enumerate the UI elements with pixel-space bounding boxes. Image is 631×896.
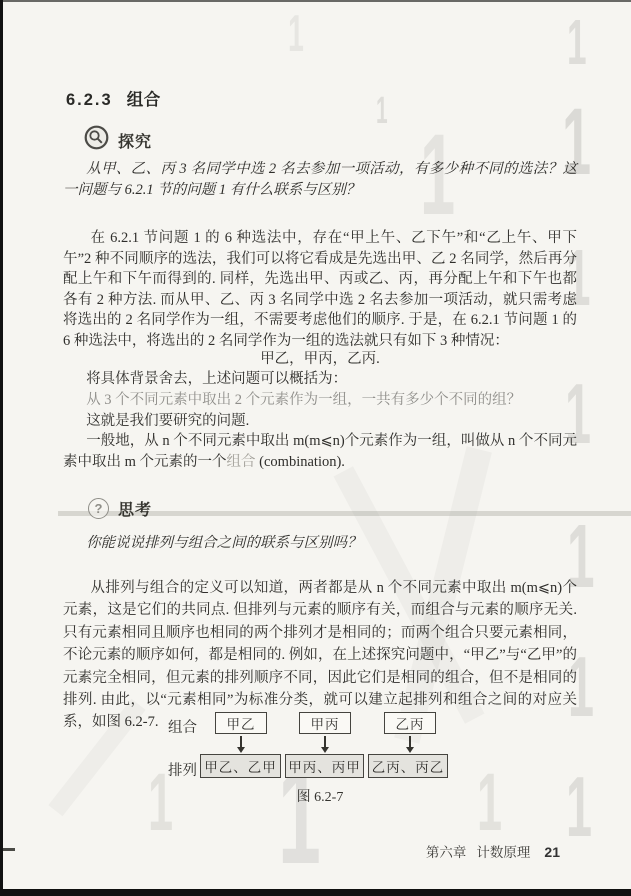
definition-suffix: (combination). [256, 454, 345, 470]
body-paragraph-1: 在 6.2.1 节问题 1 的 6 种选法中，存在“甲上午、乙下午”和“乙上午、… [63, 228, 577, 351]
watermark-digit: 1 [376, 92, 388, 130]
explore-magnifier-icon [84, 125, 109, 155]
combination-box: 甲乙 [215, 712, 267, 734]
combination-box: 甲丙 [299, 712, 351, 734]
think-question: 你能说说排列与组合之间的联系与区别吗？ [63, 533, 577, 554]
down-arrow-icon [240, 736, 242, 747]
emphasized-question: 从 3 个不同元素中取出 2 个元素作为一组，一共有多少个不同的组？ [63, 390, 577, 411]
footer-page-number: 21 [544, 844, 560, 860]
combination-box: 乙丙 [384, 712, 436, 734]
permutation-box: 乙丙、丙乙 [368, 754, 448, 778]
section-title: 组合 [127, 91, 161, 109]
section-heading: 6.2.3组合 [66, 86, 161, 110]
scan-edge-top [0, 0, 631, 2]
watermark-digit: 1 [288, 8, 304, 60]
watermark-digit: 1 [566, 765, 592, 850]
figure-caption: 图 6.2-7 [63, 786, 577, 806]
permutation-box: 甲丙、丙甲 [285, 754, 364, 778]
body-paragraph-3: 这就是我们要研究的问题. [63, 411, 577, 432]
scan-edge-left [0, 0, 3, 896]
question-mark-icon: ? [88, 498, 109, 519]
figure-row-label-permutation: 排列 [168, 759, 197, 780]
explore-question: 从甲、乙、丙 3 名同学中选 2 名去参加一项活动，有多少种不同的选法？这一问题… [63, 159, 577, 200]
textbook-page: 1 1 1 1 1 1 1 1 1 1 1 1 1 6.2.3组合 探究 从甲、… [0, 0, 631, 896]
definition-term: 组合 [227, 454, 256, 470]
body-paragraph-2: 将具体背景舍去，上述问题可以概括为： [63, 369, 577, 390]
watermark-digit: 1 [567, 10, 587, 74]
down-arrow-icon [324, 736, 326, 747]
explore-label: 探究 [118, 129, 152, 152]
cases-line: 甲乙，甲丙，乙丙. [63, 349, 577, 370]
page-footer: 第六章计数原理21 [0, 841, 560, 861]
permutation-box: 甲乙、乙甲 [200, 754, 281, 778]
explore-header: 探究 [84, 125, 152, 155]
down-arrow-icon [409, 736, 411, 747]
think-header: ? 思考 [88, 497, 152, 520]
footer-book-title: 计数原理 [476, 845, 530, 860]
definition-paragraph: 一般地，从 n 个不同元素中取出 m(m⩽n)个元素作为一组，叫做从 n 个不同… [63, 431, 577, 472]
section-number: 6.2.3 [66, 91, 113, 109]
think-label: 思考 [118, 497, 152, 520]
footer-chapter: 第六章 [426, 845, 467, 860]
figure-row-label-combination: 组合 [168, 716, 197, 737]
